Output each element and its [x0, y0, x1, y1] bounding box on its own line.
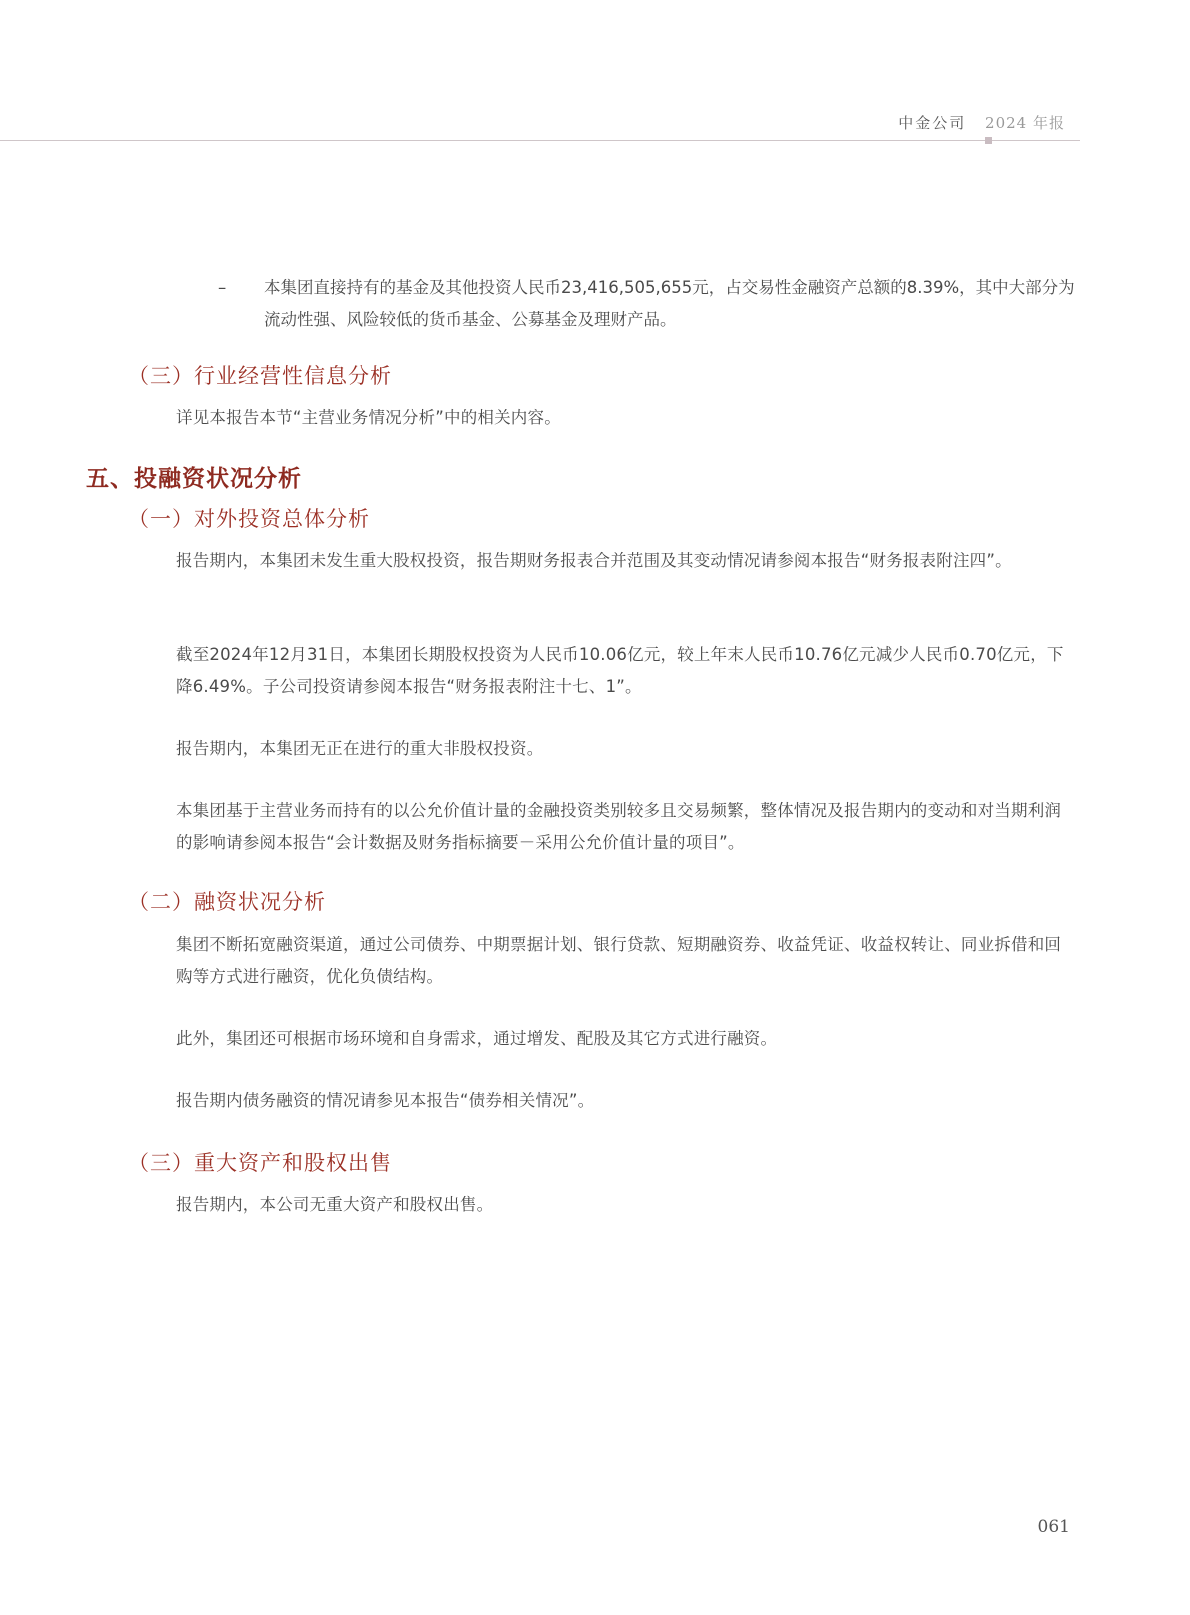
paragraph: 集团不断拓宽融资渠道，通过公司债券、中期票据计划、银行贷款、短期融资券、收益凭证… — [176, 929, 1072, 993]
header-divider — [0, 140, 1080, 141]
paragraph: 报告期内，本集团无正在进行的重大非股权投资。 — [176, 733, 1072, 765]
paragraph: 此外，集团还可根据市场环境和自身需求，通过增发、配股及其它方式进行融资。 — [176, 1023, 1072, 1055]
dash-bullet-icon: – — [218, 272, 238, 304]
paragraph: 报告期内债务融资的情况请参见本报告“债券相关情况”。 — [176, 1085, 1072, 1117]
heading-asset-sale: （三）重大资产和股权出售 — [128, 1147, 392, 1177]
page-number: 061 — [1038, 1517, 1070, 1537]
bullet-item: – 本集团直接持有的基金及其他投资人民币23,416,505,655元，占交易性… — [218, 272, 1078, 336]
paragraph: 本集团基于主营业务而持有的以公允价值计量的金融投资类别较多且交易频繁，整体情况及… — [176, 795, 1072, 859]
heading-financing: （二）融资状况分析 — [128, 886, 326, 916]
paragraph-industry-info: 详见本报告本节“主营业务情况分析”中的相关内容。 — [176, 402, 1072, 434]
heading-industry-info: （三）行业经营性信息分析 — [128, 360, 392, 390]
paragraph: 报告期内，本集团未发生重大股权投资，报告期财务报表合并范围及其变动情况请参阅本报… — [176, 545, 1072, 577]
heading-external-investment: （一）对外投资总体分析 — [128, 503, 370, 533]
header-marker — [985, 137, 992, 144]
running-header: 中金公司 2024 年报 — [898, 112, 1065, 133]
section-heading-investment-financing: 五、投融资状况分析 — [86, 460, 302, 493]
paragraph: 截至2024年12月31日，本集团长期股权投资为人民币10.06亿元，较上年末人… — [176, 639, 1072, 703]
paragraph: 报告期内，本公司无重大资产和股权出售。 — [176, 1189, 1072, 1221]
bullet-text: 本集团直接持有的基金及其他投资人民币23,416,505,655元，占交易性金融… — [264, 272, 1078, 336]
header-report-title: 2024 年报 — [985, 114, 1065, 132]
header-company: 中金公司 — [898, 114, 966, 132]
